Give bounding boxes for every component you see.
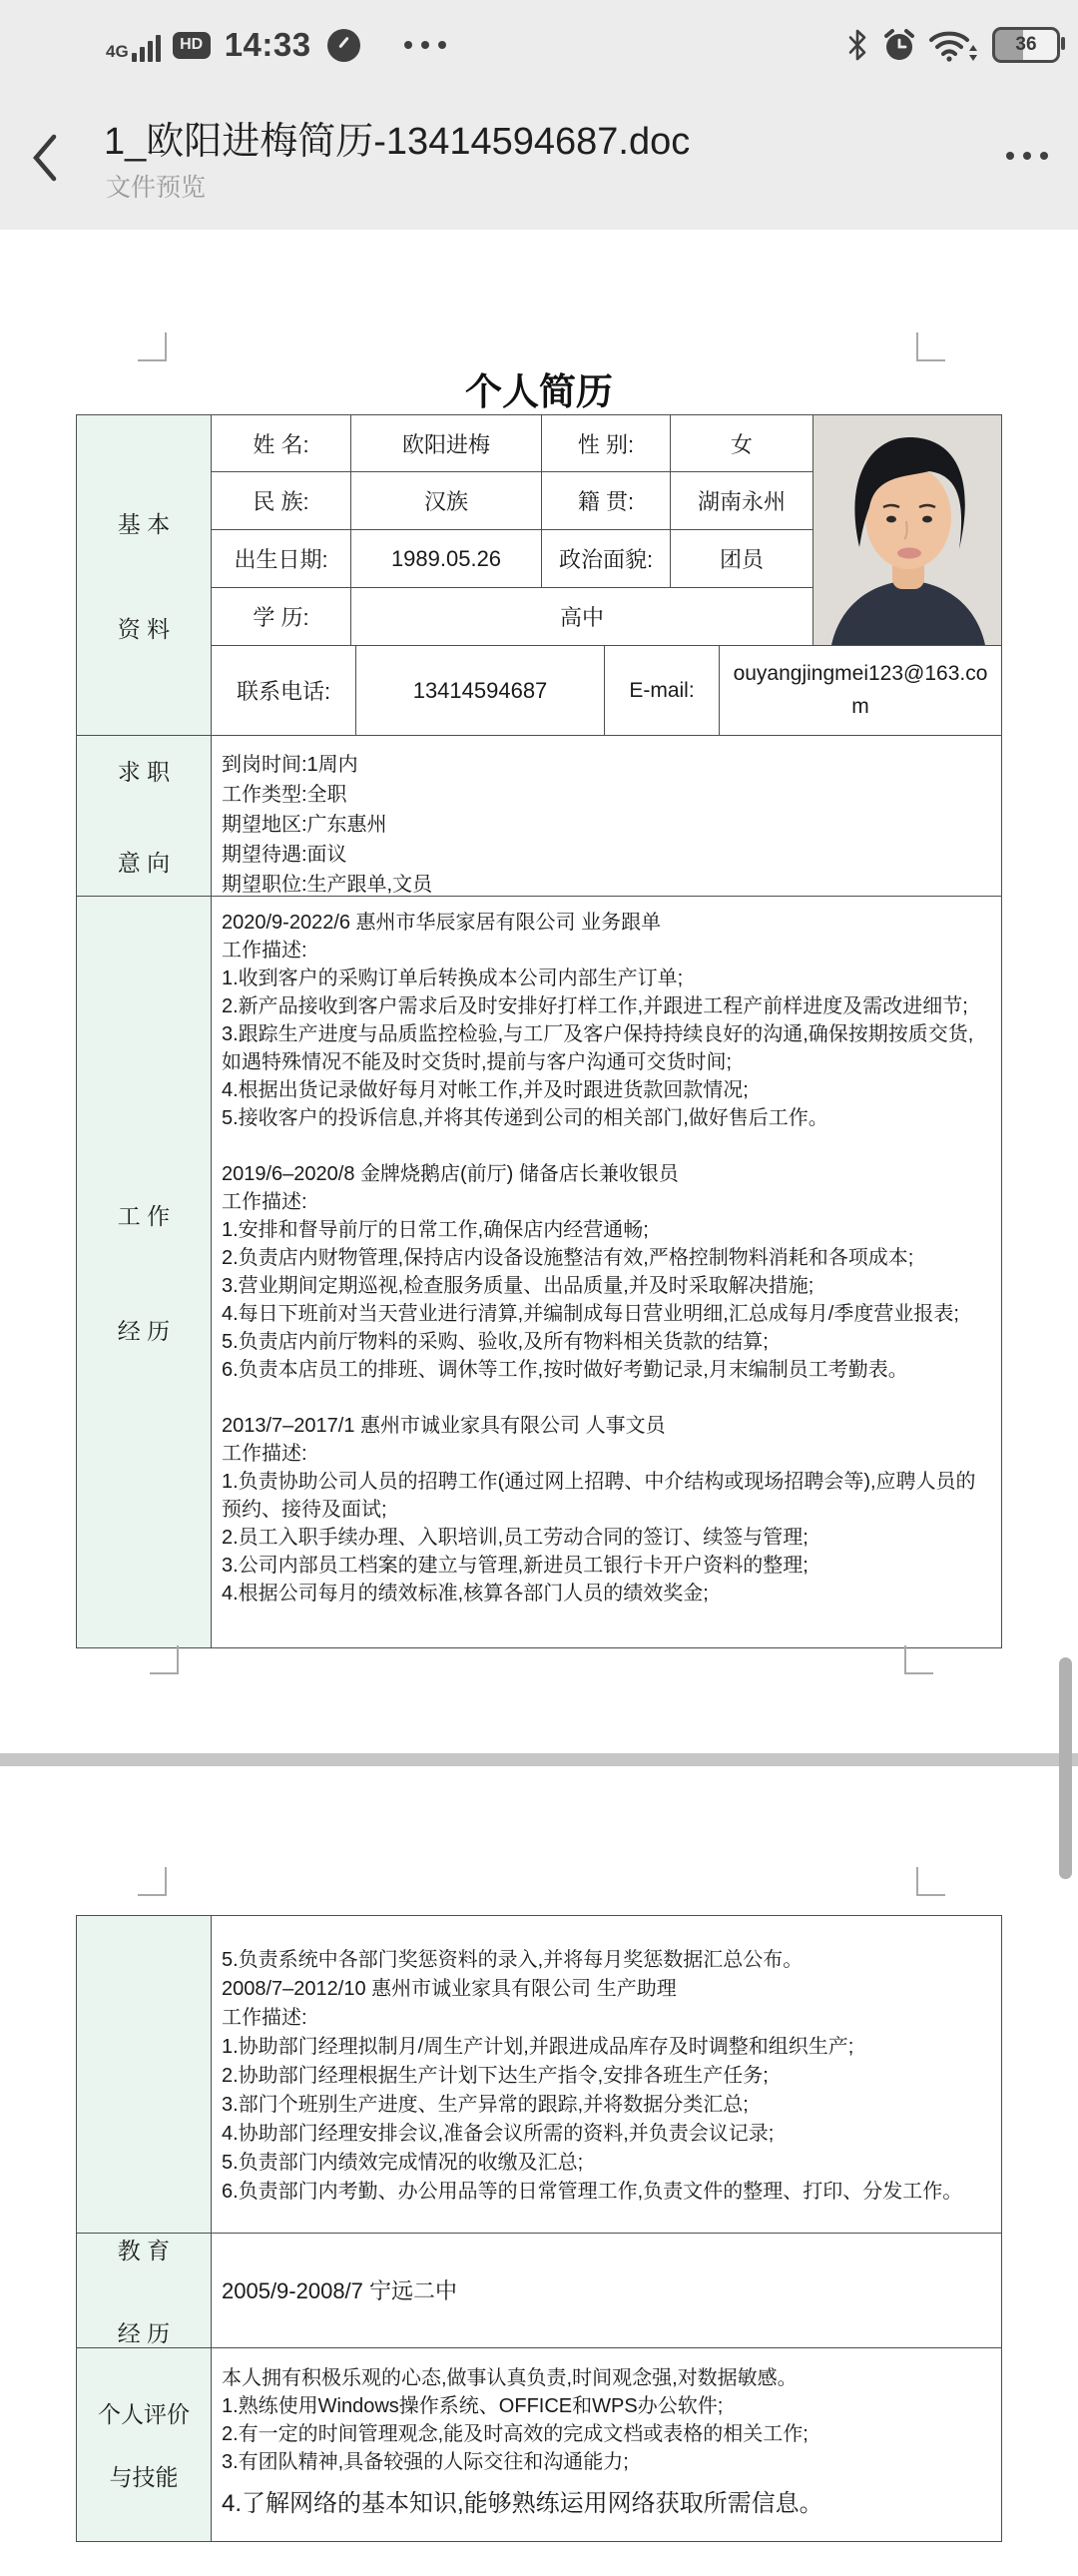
section-label-basic: 基 本 资 料 [77,415,212,735]
section-label-work: 工 作 经 历 [77,897,212,1647]
battery-icon: 36 [992,27,1060,63]
back-button[interactable] [28,130,62,186]
table-row: 出生日期: 1989.05.26 政治面貌: 团员 [212,530,812,588]
network-type-label: 4G [106,42,129,62]
work-line: 5.接收客户的投诉信息,并将其传递到公司的相关部门,做好售后工作。 [222,1104,987,1132]
notification-dots-icon [404,41,446,49]
table-row: 民 族: 汉族 籍 贯: 湖南永州 [212,472,812,530]
section-label-work-continued [77,1916,212,2233]
work-experience-text: 2020/9-2022/6 惠州市华辰家居有限公司 业务跟单 工作描述: 1.收… [212,897,1001,1647]
status-time: 14:33 [225,26,311,64]
document-preview: 个人简历 基 本 资 料 姓 名: 欧阳进梅 性 别: 女 [0,230,1078,2576]
work-line: 2008/7–2012/10 惠州市诚业家具有限公司 生产助理 [222,1975,987,2004]
title-bar: 1_欧阳进梅简历-13414594687.doc 文件预览 [0,90,1078,230]
status-bar: 4G HD 14:33 [0,0,1078,90]
section-job-intent: 求 职 意 向 到岗时间:1周内 工作类型:全职 期望地区:广东惠州 期望待遇:… [77,736,1001,897]
section-label-intent: 求 职 意 向 [77,736,212,896]
battery-percent: 36 [1015,34,1036,56]
work-line: 4.每日下班前对当天营业进行清算,并编制成每日营业明细,汇总成每月/季度营业报表… [222,1300,987,1328]
table-row: 姓 名: 欧阳进梅 性 别: 女 [212,415,812,472]
email-value: ouyangjingmei123@163.com [720,646,1001,735]
alarm-clock-icon [882,28,916,62]
intent-line: 工作类型:全职 [222,780,989,810]
field-label: 联系电话: [212,646,356,735]
intent-line: 期望职位:生产跟单,文员 [222,870,989,900]
cellular-signal-icon: 4G [106,28,161,62]
field-label: 学 历: [212,588,351,645]
more-menu-button[interactable] [1006,152,1048,160]
intent-line: 期望待遇:面议 [222,840,989,870]
work-line: 3.跟踪生产进度与品质监控检验,与工厂及客户保持持续良好的沟通,确保按期按质交货… [222,1020,987,1076]
work-line: 5.负责店内前厅物料的采购、验收,及所有物料相关货款的结算; [222,1328,987,1356]
page2-top-left-boundary-mark [138,1867,167,1896]
work-experience-continued-text: 5.负责系统中各部门奖惩资料的录入,并将每月奖惩数据汇总公布。 2008/7–2… [212,1916,1001,2233]
education-text: 2005/9-2008/7 宁远二中 [212,2234,1001,2347]
work-line: 2.新产品接收到客户需求后及时安排好打样工作,并跟进工程产前样进度及需改进细节; [222,992,987,1020]
work-line: 1.协助部门经理拟制月/周生产计划,并跟进成品库存及时调整和组织生产; [222,2033,987,2062]
work-line: 3.营业期间定期巡视,检查服务质量、出品质量,并及时采取解决措施; [222,1272,987,1300]
file-title: 1_欧阳进梅简历-13414594687.doc [104,110,952,165]
page1-bottom-right-boundary-mark [904,1645,933,1674]
section-self-evaluation: 个人评价 与技能 本人拥有积极乐观的心态,做事认真负责,时间观念强,对数据敏感。… [77,2348,1001,2541]
work-line: 6.负责部门内考勤、办公用品等的日常管理工作,负责文件的整理、打印、分发工作。 [222,2178,987,2207]
page1-top-right-boundary-mark [916,332,945,361]
evaluation-line: 3.有团队精神,具备较强的人际交往和沟通能力; [222,2448,987,2476]
work-line: 2013/7–2017/1 惠州市诚业家具有限公司 人事文员 [222,1412,987,1440]
work-line: 4.根据出货记录做好每月对帐工作,并及时跟进货款回款情况; [222,1076,987,1104]
work-line: 工作描述: [222,1188,987,1216]
work-line [222,1132,987,1160]
evaluation-line: 2.有一定的时间管理观念,能及时高效的完成文档或表格的相关工作; [222,2420,987,2448]
page1-top-left-boundary-mark [138,332,167,361]
intent-line: 到岗时间:1周内 [222,750,989,780]
scrollbar-thumb[interactable] [1059,1657,1072,1879]
table-row-contact: 联系电话: 13414594687 E-mail: ouyangjingmei1… [212,645,1001,735]
resume-table-page1: 基 本 资 料 姓 名: 欧阳进梅 性 别: 女 民 族: 汉族 [76,414,1002,1648]
field-label: 出生日期: [212,530,351,587]
field-label: E-mail: [605,646,720,735]
section-basic-info: 基 本 资 料 姓 名: 欧阳进梅 性 别: 女 民 族: 汉族 [77,415,1001,736]
resume-title: 个人简历 [0,361,1078,415]
section-label-education: 教 育 经 历 [77,2234,212,2347]
job-intent-text: 到岗时间:1周内 工作类型:全职 期望地区:广东惠州 期望待遇:面议 期望职位:… [212,736,1001,896]
intent-line: 期望地区:广东惠州 [222,810,989,840]
table-row: 学 历: 高中 [212,588,812,645]
work-line: 2.协助部门经理根据生产计划下达生产指令,安排各班生产任务; [222,2062,987,2091]
work-line: 2019/6–2020/8 金牌烧鹅店(前厅) 储备店长兼收银员 [222,1160,987,1188]
work-line: 工作描述: [222,2004,987,2033]
section-education: 教 育 经 历 2005/9-2008/7 宁远二中 [77,2234,1001,2348]
file-preview-label: 文件预览 [106,168,206,204]
resume-table-page2: 5.负责系统中各部门奖惩资料的录入,并将每月奖惩数据汇总公布。 2008/7–2… [76,1915,1002,2542]
work-line: 3.部门个班别生产进度、生产异常的跟踪,并将数据分类汇总; [222,2091,987,2120]
section-work-experience: 工 作 经 历 2020/9-2022/6 惠州市华辰家居有限公司 业务跟单 工… [77,897,1001,1647]
education-line: 2005/9-2008/7 宁远二中 [222,2274,457,2305]
section-label-evaluation: 个人评价 与技能 [77,2348,212,2541]
field-value: 欧阳进梅 [351,415,542,471]
work-line: 工作描述: [222,1440,987,1468]
work-line: 2.员工入职手续办理、入职培训,员工劳动合同的签订、续签与管理; [222,1524,987,1552]
work-line: 4.根据公司每月的绩效标准,核算各部门人员的绩效奖金; [222,1580,987,1608]
work-line: 2.负责店内财物管理,保持店内设备设施整洁有效,严格控制物料消耗和各项成本; [222,1244,987,1272]
work-line: 5.负责部门内绩效完成情况的收缴及汇总; [222,2149,987,2178]
work-line: 1.收到客户的采购订单后转换成本公司内部生产订单; [222,965,987,992]
field-value: 团员 [671,530,812,587]
work-line: 6.负责本店员工的排班、调休等工作,按时做好考勤记录,月末编制员工考勤表。 [222,1356,987,1384]
work-line: 2020/9-2022/6 惠州市华辰家居有限公司 业务跟单 [222,909,987,937]
work-line: 4.协助部门经理安排会议,准备会议所需的资料,并负责会议记录; [222,2120,987,2149]
evaluation-line-large: 4.了解网络的基本知识,能够熟练运用网络获取所需信息。 [222,2490,987,2518]
evaluation-line: 1.熟练使用Windows操作系统、OFFICE和WPS办公软件; [222,2392,987,2420]
field-value: 湖南永州 [671,472,812,529]
phone-value: 13414594687 [356,646,605,735]
field-label: 籍 贯: [542,472,671,529]
work-line: 3.公司内部员工档案的建立与管理,新进员工银行卡开户资料的整理; [222,1552,987,1580]
field-label: 姓 名: [212,415,351,471]
work-line [222,1384,987,1412]
field-value: 汉族 [351,472,542,529]
page1-bottom-left-boundary-mark [150,1645,179,1674]
work-line: 工作描述: [222,937,987,965]
work-line: 1.负责协助公司人员的招聘工作(通过网上招聘、中介结构或现场招聘会等),应聘人员… [222,1468,987,1524]
page-separator [0,1753,1078,1766]
id-photo [812,415,1001,645]
hd-voice-icon: HD [173,32,211,59]
section-work-experience-continued: 5.负责系统中各部门奖惩资料的录入,并将每月奖惩数据汇总公布。 2008/7–2… [77,1916,1001,2234]
field-value: 高中 [351,588,812,645]
field-value: 女 [671,415,812,471]
app-header: 4G HD 14:33 [0,0,1078,230]
work-line: 1.安排和督导前厅的日常工作,确保店内经营通畅; [222,1216,987,1244]
page2-top-right-boundary-mark [916,1867,945,1896]
field-value: 1989.05.26 [351,530,542,587]
wifi-icon [928,28,978,62]
bluetooth-icon [846,28,868,62]
evaluation-line: 本人拥有积极乐观的心态,做事认真负责,时间观念强,对数据敏感。 [222,2364,987,2392]
network-speed-icon [327,29,360,62]
work-line: 5.负责系统中各部门奖惩资料的录入,并将每月奖惩数据汇总公布。 [222,1946,987,1975]
self-evaluation-text: 本人拥有积极乐观的心态,做事认真负责,时间观念强,对数据敏感。 1.熟练使用Wi… [212,2348,1001,2541]
field-label: 性 别: [542,415,671,471]
field-label: 民 族: [212,472,351,529]
field-label: 政治面貌: [542,530,671,587]
